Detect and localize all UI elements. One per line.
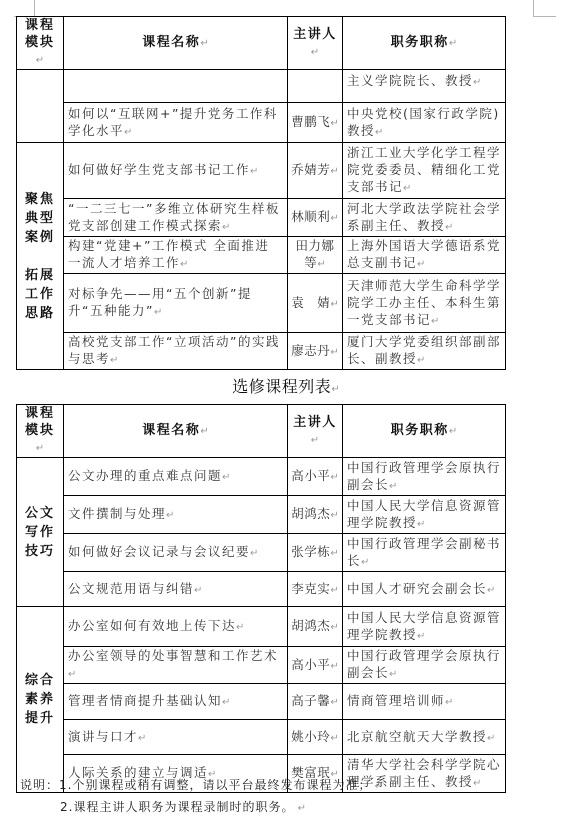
title-cell: 厦门大学党委组织部副部长、副教授↵: [343, 333, 506, 370]
course-cell: 对标争先——用“五个创新”提升“五种能力”↵: [64, 274, 288, 333]
table-row: 构建“党建+”工作模式 全面推进一流人才培养工作↵ 田力娜等↵ 上海外国语大学德…: [17, 237, 506, 274]
speaker-cell: [288, 70, 343, 103]
course-cell: 办公室如何有效地上传下达↵: [64, 607, 288, 647]
speaker-cell: 袁 婧↵: [288, 274, 343, 333]
course-cell: 如何做好会议记录与会议纪要↵: [64, 534, 288, 572]
title-cell: 中国人民大学信息资源管理学院教授↵: [343, 496, 506, 534]
title-cell: 中国行政管理学会副秘书长↵: [343, 534, 506, 572]
speaker-cell: 胡鸿杰↵: [288, 496, 343, 534]
header-speaker: 主讲人↵: [288, 17, 343, 70]
title-cell: 中央党校(国家行政学院)教授↵: [343, 103, 506, 143]
title-cell: 中国行政管理学会原执行副会长↵: [343, 647, 506, 684]
table-row: 高校党支部工作“立项活动”的实践与思考↵ 廖志丹↵ 厦门大学党委组织部副部长、副…: [17, 333, 506, 370]
header-module: 课程模块↵: [17, 17, 64, 70]
course-cell: 高校党支部工作“立项活动”的实践与思考↵: [64, 333, 288, 370]
note-line-1: 说明：1.个别课程或稍有调整，请以平台最终发布课程为准； ↵: [20, 776, 383, 793]
table-header-row: 课程模块↵ 课程名称↵ 主讲人↵ 职务职称↵: [17, 405, 506, 458]
table-row: 演讲与口才↵ 姚小玲↵ 北京航空航天大学教授↵: [17, 720, 506, 755]
table-row: 主义学院院长、教授↵: [17, 70, 506, 103]
title-cell: 中国人民大学信息资源管理学院教授↵: [343, 607, 506, 647]
course-cell: 公文办理的重点难点问题↵: [64, 458, 288, 496]
note-prefix: 说明：: [20, 778, 59, 792]
table-row: 管理者情商提升基础认知↵ 高子馨↵ 情商管理培训师↵: [17, 684, 506, 720]
page-margin-corner-left: [14, 0, 35, 17]
table-row: 文件撰制与处理↵ 胡鸿杰↵ 中国人民大学信息资源管理学院教授↵: [17, 496, 506, 534]
header-speaker: 主讲人↵: [288, 405, 343, 458]
required-course-table: 课程模块↵ 课程名称↵ 主讲人↵ 职务职称↵ 主义学院院长、教授↵ 如何以“互联…: [16, 16, 506, 370]
speaker-cell: 高小平↵: [288, 458, 343, 496]
speaker-cell: 林顺利↵: [288, 199, 343, 237]
title-cell: 主义学院院长、教授↵: [343, 70, 506, 103]
course-cell: “一二三七一”多维立体研究生样板党支部创建工作模式探索↵: [64, 199, 288, 237]
table-row: 如何以“互联网+”提升党务工作科学化水平↵ 曹鹏飞↵ 中央党校(国家行政学院)教…: [17, 103, 506, 143]
course-cell: 如何以“互联网+”提升党务工作科学化水平↵: [64, 103, 288, 143]
module-cell-case-study: 聚焦典型案例 拓展工作思路: [17, 143, 64, 370]
header-title: 职务职称↵: [343, 17, 506, 70]
speaker-cell: 曹鹏飞↵: [288, 103, 343, 143]
table-row: 办公室领导的处事智慧和工作艺术↵ 高小平↵ 中国行政管理学会原执行副会长↵: [17, 647, 506, 684]
elective-course-table: 课程模块↵ 课程名称↵ 主讲人↵ 职务职称↵ 公文写作技巧 公文办理的重点难点问…: [16, 404, 506, 793]
title-cell: 中国行政管理学会原执行副会长↵: [343, 458, 506, 496]
speaker-cell: 张学栋↵: [288, 534, 343, 572]
speaker-cell: 乔婧芳↵: [288, 143, 343, 199]
table-header-row: 课程模块↵ 课程名称↵ 主讲人↵ 职务职称↵: [17, 17, 506, 70]
header-course: 课程名称↵: [64, 17, 288, 70]
title-cell: 上海外国语大学德语系党总支副书记↵: [343, 237, 506, 274]
table-row: 对标争先——用“五个创新”提升“五种能力”↵ 袁 婧↵ 天津师范大学生命科学学院…: [17, 274, 506, 333]
header-title: 职务职称↵: [343, 405, 506, 458]
course-cell: [64, 70, 288, 103]
header-course: 课程名称↵: [64, 405, 288, 458]
table-row: “一二三七一”多维立体研究生样板党支部创建工作模式探索↵ 林顺利↵ 河北大学政法…: [17, 199, 506, 237]
course-cell: 文件撰制与处理↵: [64, 496, 288, 534]
course-cell: 演讲与口才↵: [64, 720, 288, 755]
table-row: 如何做好会议记录与会议纪要↵ 张学栋↵ 中国行政管理学会副秘书长↵: [17, 534, 506, 572]
title-cell: 浙江工业大学化学工程学院党委委员、精细化工党支部书记↵: [343, 143, 506, 199]
table-row: 聚焦典型案例 拓展工作思路 如何做好学生党支部书记工作↵ 乔婧芳↵ 浙江工业大学…: [17, 143, 506, 199]
course-cell: 管理者情商提升基础认知↵: [64, 684, 288, 720]
title-cell: 河北大学政法学院社会学系副主任、教授↵: [343, 199, 506, 237]
table-row: 综合素养提升 办公室如何有效地上传下达↵ 胡鸿杰↵ 中国人民大学信息资源管理学院…: [17, 607, 506, 647]
title-cell: 北京航空航天大学教授↵: [343, 720, 506, 755]
title-cell: 天津师范大学生命科学学院学工办主任、本科生第一党支部书记↵: [343, 274, 506, 333]
speaker-cell: 田力娜等↵: [288, 237, 343, 274]
table-row: 公文写作技巧 公文办理的重点难点问题↵ 高小平↵ 中国行政管理学会原执行副会长↵: [17, 458, 506, 496]
speaker-cell: 高子馨↵: [288, 684, 343, 720]
speaker-cell: 胡鸿杰↵: [288, 607, 343, 647]
module-cell-official-writing: 公文写作技巧: [17, 458, 64, 607]
table-row: 公文规范用语与纠错↵ 李克实↵ 中国人才研究会副会长↵: [17, 572, 506, 607]
title-cell: 中国人才研究会副会长↵: [343, 572, 506, 607]
module-cell-empty: [17, 70, 64, 143]
note-line-2: 2.课程主讲人职务为课程录制时的职务。 ↵: [20, 798, 306, 815]
section-title-elective: 选修课程列表↵: [0, 374, 572, 397]
header-module: 课程模块↵: [17, 405, 64, 458]
title-cell: 情商管理培训师↵: [343, 684, 506, 720]
course-cell: 构建“党建+”工作模式 全面推进一流人才培养工作↵: [64, 237, 288, 274]
course-cell: 办公室领导的处事智慧和工作艺术↵: [64, 647, 288, 684]
page-margin-corner-right: [533, 0, 556, 17]
speaker-cell: 廖志丹↵: [288, 333, 343, 370]
course-cell: 公文规范用语与纠错↵: [64, 572, 288, 607]
speaker-cell: 高小平↵: [288, 647, 343, 684]
speaker-cell: 李克实↵: [288, 572, 343, 607]
speaker-cell: 姚小玲↵: [288, 720, 343, 755]
module-cell-comprehensive: 综合素养提升: [17, 607, 64, 793]
course-cell: 如何做好学生党支部书记工作↵: [64, 143, 288, 199]
